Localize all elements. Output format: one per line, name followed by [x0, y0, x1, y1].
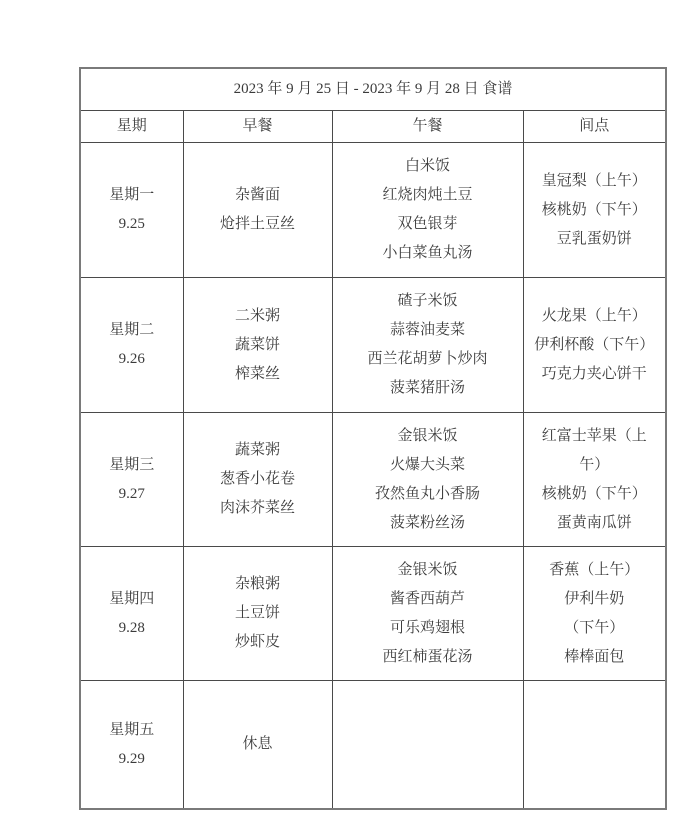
menu-line: 金银米饭 — [333, 422, 523, 451]
snack-cell: 火龙果（上午） 伊利杯酸（下午） 巧克力夹心饼干 — [523, 278, 666, 413]
menu-line: 榨菜丝 — [184, 360, 332, 389]
breakfast-cell: 休息 — [183, 681, 332, 810]
breakfast-cell: 杂酱面 炝拌土豆丝 — [183, 143, 332, 278]
menu-line: 杂酱面 — [184, 181, 332, 210]
menu-line: 红富士苹果（上 — [524, 422, 666, 451]
menu-line: 杂粮粥 — [184, 570, 332, 599]
header-row: 星期 早餐 午餐 间点 — [80, 111, 666, 143]
breakfast-cell: 二米粥 蔬菜饼 榨菜丝 — [183, 278, 332, 413]
day-cell: 星期四 9.28 — [80, 547, 183, 681]
day-label: 星期四 — [81, 585, 183, 614]
day-cell: 星期五 9.29 — [80, 681, 183, 810]
snack-cell: 皇冠梨（上午） 核桃奶（下午） 豆乳蛋奶饼 — [523, 143, 666, 278]
menu-line: 伊利牛奶 — [524, 585, 666, 614]
menu-line: 孜然鱼丸小香肠 — [333, 480, 523, 509]
menu-line: 小白菜鱼丸汤 — [333, 239, 523, 268]
menu-line: 核桃奶（下午） — [524, 480, 666, 509]
snack-cell: 香蕉（上午） 伊利牛奶 （下午） 棒棒面包 — [523, 547, 666, 681]
table-row-thursday: 星期四 9.28 杂粮粥 土豆饼 炒虾皮 金银米饭 酱香西葫芦 可乐鸡翅根 西红… — [80, 547, 666, 681]
menu-line: 碴子米饭 — [333, 287, 523, 316]
menu-line: 蒜蓉油麦菜 — [333, 316, 523, 345]
day-cell: 星期二 9.26 — [80, 278, 183, 413]
menu-line: 皇冠梨（上午） — [524, 167, 666, 196]
menu-line: 棒棒面包 — [524, 643, 666, 672]
menu-line: （下午） — [524, 614, 666, 643]
col-header-breakfast: 早餐 — [183, 111, 332, 143]
menu-line: 香蕉（上午） — [524, 556, 666, 585]
date-label: 9.29 — [81, 745, 183, 774]
menu-line: 西兰花胡萝卜炒肉 — [333, 345, 523, 374]
menu-line: 巧克力夹心饼干 — [524, 360, 666, 389]
lunch-cell: 金银米饭 火爆大头菜 孜然鱼丸小香肠 菠菜粉丝汤 — [332, 413, 523, 547]
breakfast-cell: 蔬菜粥 葱香小花卷 肉沫芥菜丝 — [183, 413, 332, 547]
table-row-wednesday: 星期三 9.27 蔬菜粥 葱香小花卷 肉沫芥菜丝 金银米饭 火爆大头菜 孜然鱼丸… — [80, 413, 666, 547]
menu-line: 双色银芽 — [333, 210, 523, 239]
menu-line: 火龙果（上午） — [524, 302, 666, 331]
menu-line: 炒虾皮 — [184, 628, 332, 657]
menu-line: 伊利杯酸（下午） — [524, 331, 666, 360]
date-label: 9.28 — [81, 614, 183, 643]
date-label: 9.26 — [81, 345, 183, 374]
col-header-week: 星期 — [80, 111, 183, 143]
day-label: 星期二 — [81, 316, 183, 345]
date-label: 9.25 — [81, 210, 183, 239]
menu-line: 土豆饼 — [184, 599, 332, 628]
menu-line: 肉沫芥菜丝 — [184, 494, 332, 523]
menu-table: 2023 年 9 月 25 日 - 2023 年 9 月 28 日 食谱 星期 … — [79, 67, 667, 810]
day-cell: 星期三 9.27 — [80, 413, 183, 547]
lunch-cell — [332, 681, 523, 810]
menu-line: 二米粥 — [184, 302, 332, 331]
day-label: 星期五 — [81, 716, 183, 745]
day-label: 星期一 — [81, 181, 183, 210]
table-row-friday: 星期五 9.29 休息 — [80, 681, 666, 810]
menu-line: 炝拌土豆丝 — [184, 210, 332, 239]
menu-line: 可乐鸡翅根 — [333, 614, 523, 643]
menu-line: 休息 — [184, 730, 332, 759]
lunch-cell: 碴子米饭 蒜蓉油麦菜 西兰花胡萝卜炒肉 菠菜猪肝汤 — [332, 278, 523, 413]
table-title: 2023 年 9 月 25 日 - 2023 年 9 月 28 日 食谱 — [80, 68, 666, 111]
title-row: 2023 年 9 月 25 日 - 2023 年 9 月 28 日 食谱 — [80, 68, 666, 111]
date-label: 9.27 — [81, 480, 183, 509]
document-page: 2023 年 9 月 25 日 - 2023 年 9 月 28 日 食谱 星期 … — [0, 0, 700, 820]
snack-cell — [523, 681, 666, 810]
menu-line: 葱香小花卷 — [184, 465, 332, 494]
menu-line: 白米饭 — [333, 152, 523, 181]
menu-line: 酱香西葫芦 — [333, 585, 523, 614]
menu-line: 红烧肉炖土豆 — [333, 181, 523, 210]
table-row-monday: 星期一 9.25 杂酱面 炝拌土豆丝 白米饭 红烧肉炖土豆 双色银芽 小白菜鱼丸… — [80, 143, 666, 278]
day-label: 星期三 — [81, 451, 183, 480]
menu-line: 蛋黄南瓜饼 — [524, 509, 666, 538]
menu-line: 午） — [524, 451, 666, 480]
breakfast-cell: 杂粮粥 土豆饼 炒虾皮 — [183, 547, 332, 681]
menu-line: 蔬菜粥 — [184, 436, 332, 465]
menu-line: 蔬菜饼 — [184, 331, 332, 360]
menu-line: 菠菜粉丝汤 — [333, 509, 523, 538]
menu-line: 核桃奶（下午） — [524, 196, 666, 225]
menu-line: 豆乳蛋奶饼 — [524, 225, 666, 254]
col-header-snack: 间点 — [523, 111, 666, 143]
day-cell: 星期一 9.25 — [80, 143, 183, 278]
snack-cell: 红富士苹果（上 午） 核桃奶（下午） 蛋黄南瓜饼 — [523, 413, 666, 547]
lunch-cell: 金银米饭 酱香西葫芦 可乐鸡翅根 西红柿蛋花汤 — [332, 547, 523, 681]
lunch-cell: 白米饭 红烧肉炖土豆 双色银芽 小白菜鱼丸汤 — [332, 143, 523, 278]
table-row-tuesday: 星期二 9.26 二米粥 蔬菜饼 榨菜丝 碴子米饭 蒜蓉油麦菜 西兰花胡萝卜炒肉… — [80, 278, 666, 413]
col-header-lunch: 午餐 — [332, 111, 523, 143]
menu-line: 菠菜猪肝汤 — [333, 374, 523, 403]
menu-line: 金银米饭 — [333, 556, 523, 585]
menu-line: 火爆大头菜 — [333, 451, 523, 480]
menu-line: 西红柿蛋花汤 — [333, 643, 523, 672]
